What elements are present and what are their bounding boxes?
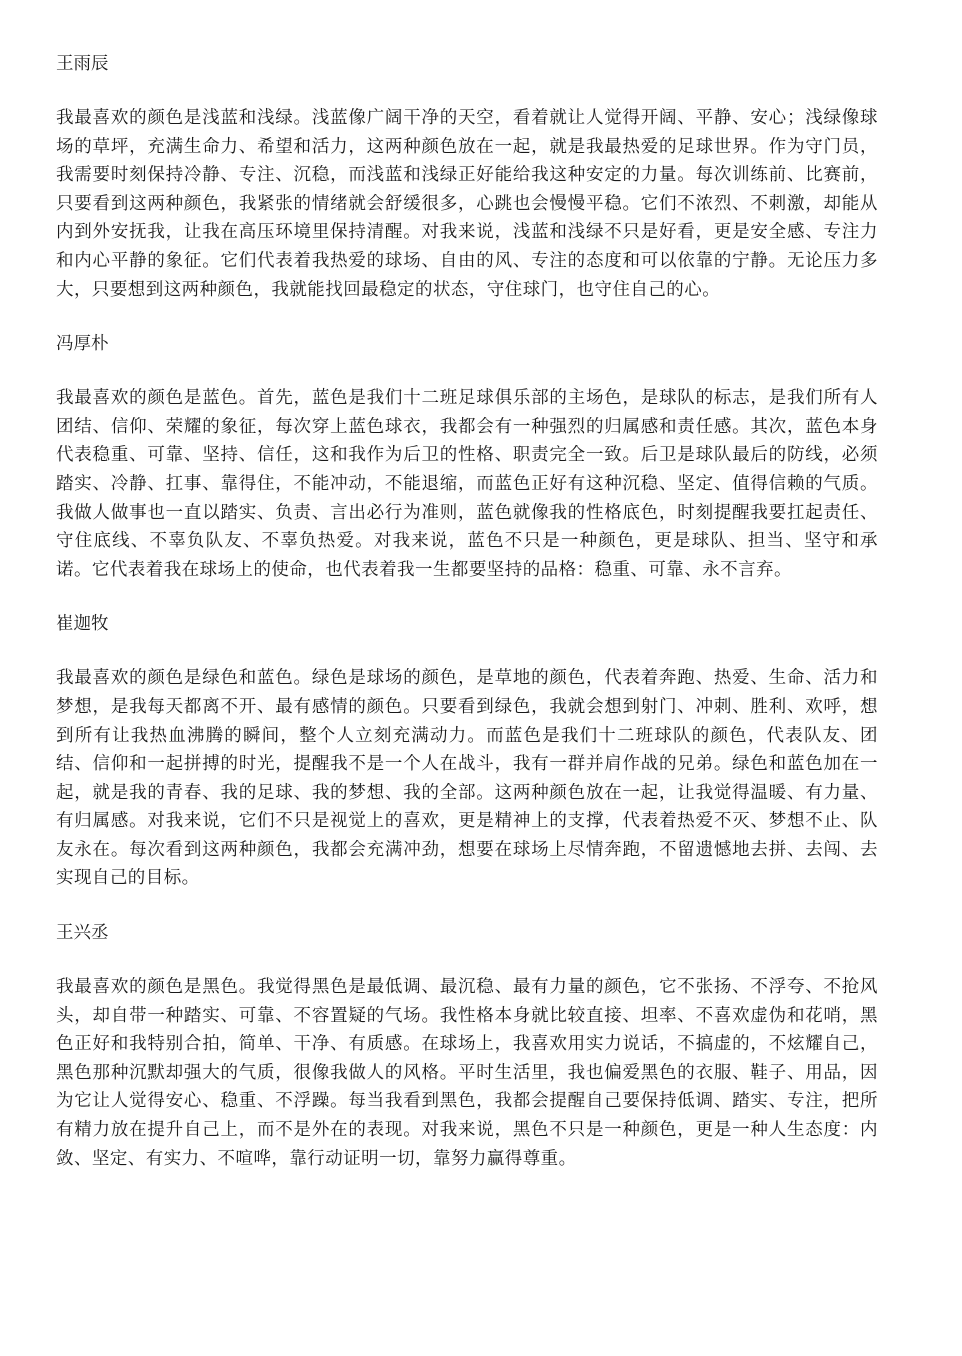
document-page: 王雨辰 我最喜欢的颜色是浅蓝和浅绿。浅蓝像广阔干净的天空，看着就让人觉得开阔、平…	[0, 0, 878, 1173]
entry-feng-houpu: 冯厚朴 我最喜欢的颜色是蓝色。首先，蓝色是我们十二班足球俱乐部的主场色，是球队的…	[56, 330, 878, 584]
entry-paragraph: 我最喜欢的颜色是蓝色。首先，蓝色是我们十二班足球俱乐部的主场色，是球队的标志，是…	[56, 384, 878, 584]
entry-paragraph: 我最喜欢的颜色是黑色。我觉得黑色是最低调、最沉稳、最有力量的颜色，它不张扬、不浮…	[56, 973, 878, 1173]
entry-wang-yuchen: 王雨辰 我最喜欢的颜色是浅蓝和浅绿。浅蓝像广阔干净的天空，看着就让人觉得开阔、平…	[56, 50, 878, 304]
entry-author-name: 崔迦牧	[56, 610, 878, 638]
entry-author-name: 冯厚朴	[56, 330, 878, 358]
entry-paragraph: 我最喜欢的颜色是绿色和蓝色。绿色是球场的颜色，是草地的颜色，代表着奔跑、热爱、生…	[56, 664, 878, 893]
entry-author-name: 王雨辰	[56, 50, 878, 78]
entry-cui-jiamu: 崔迦牧 我最喜欢的颜色是绿色和蓝色。绿色是球场的颜色，是草地的颜色，代表着奔跑、…	[56, 610, 878, 893]
entry-wang-xingcheng: 王兴丞 我最喜欢的颜色是黑色。我觉得黑色是最低调、最沉稳、最有力量的颜色，它不张…	[56, 919, 878, 1173]
entry-paragraph: 我最喜欢的颜色是浅蓝和浅绿。浅蓝像广阔干净的天空，看着就让人觉得开阔、平静、安心…	[56, 104, 878, 304]
entry-author-name: 王兴丞	[56, 919, 878, 947]
